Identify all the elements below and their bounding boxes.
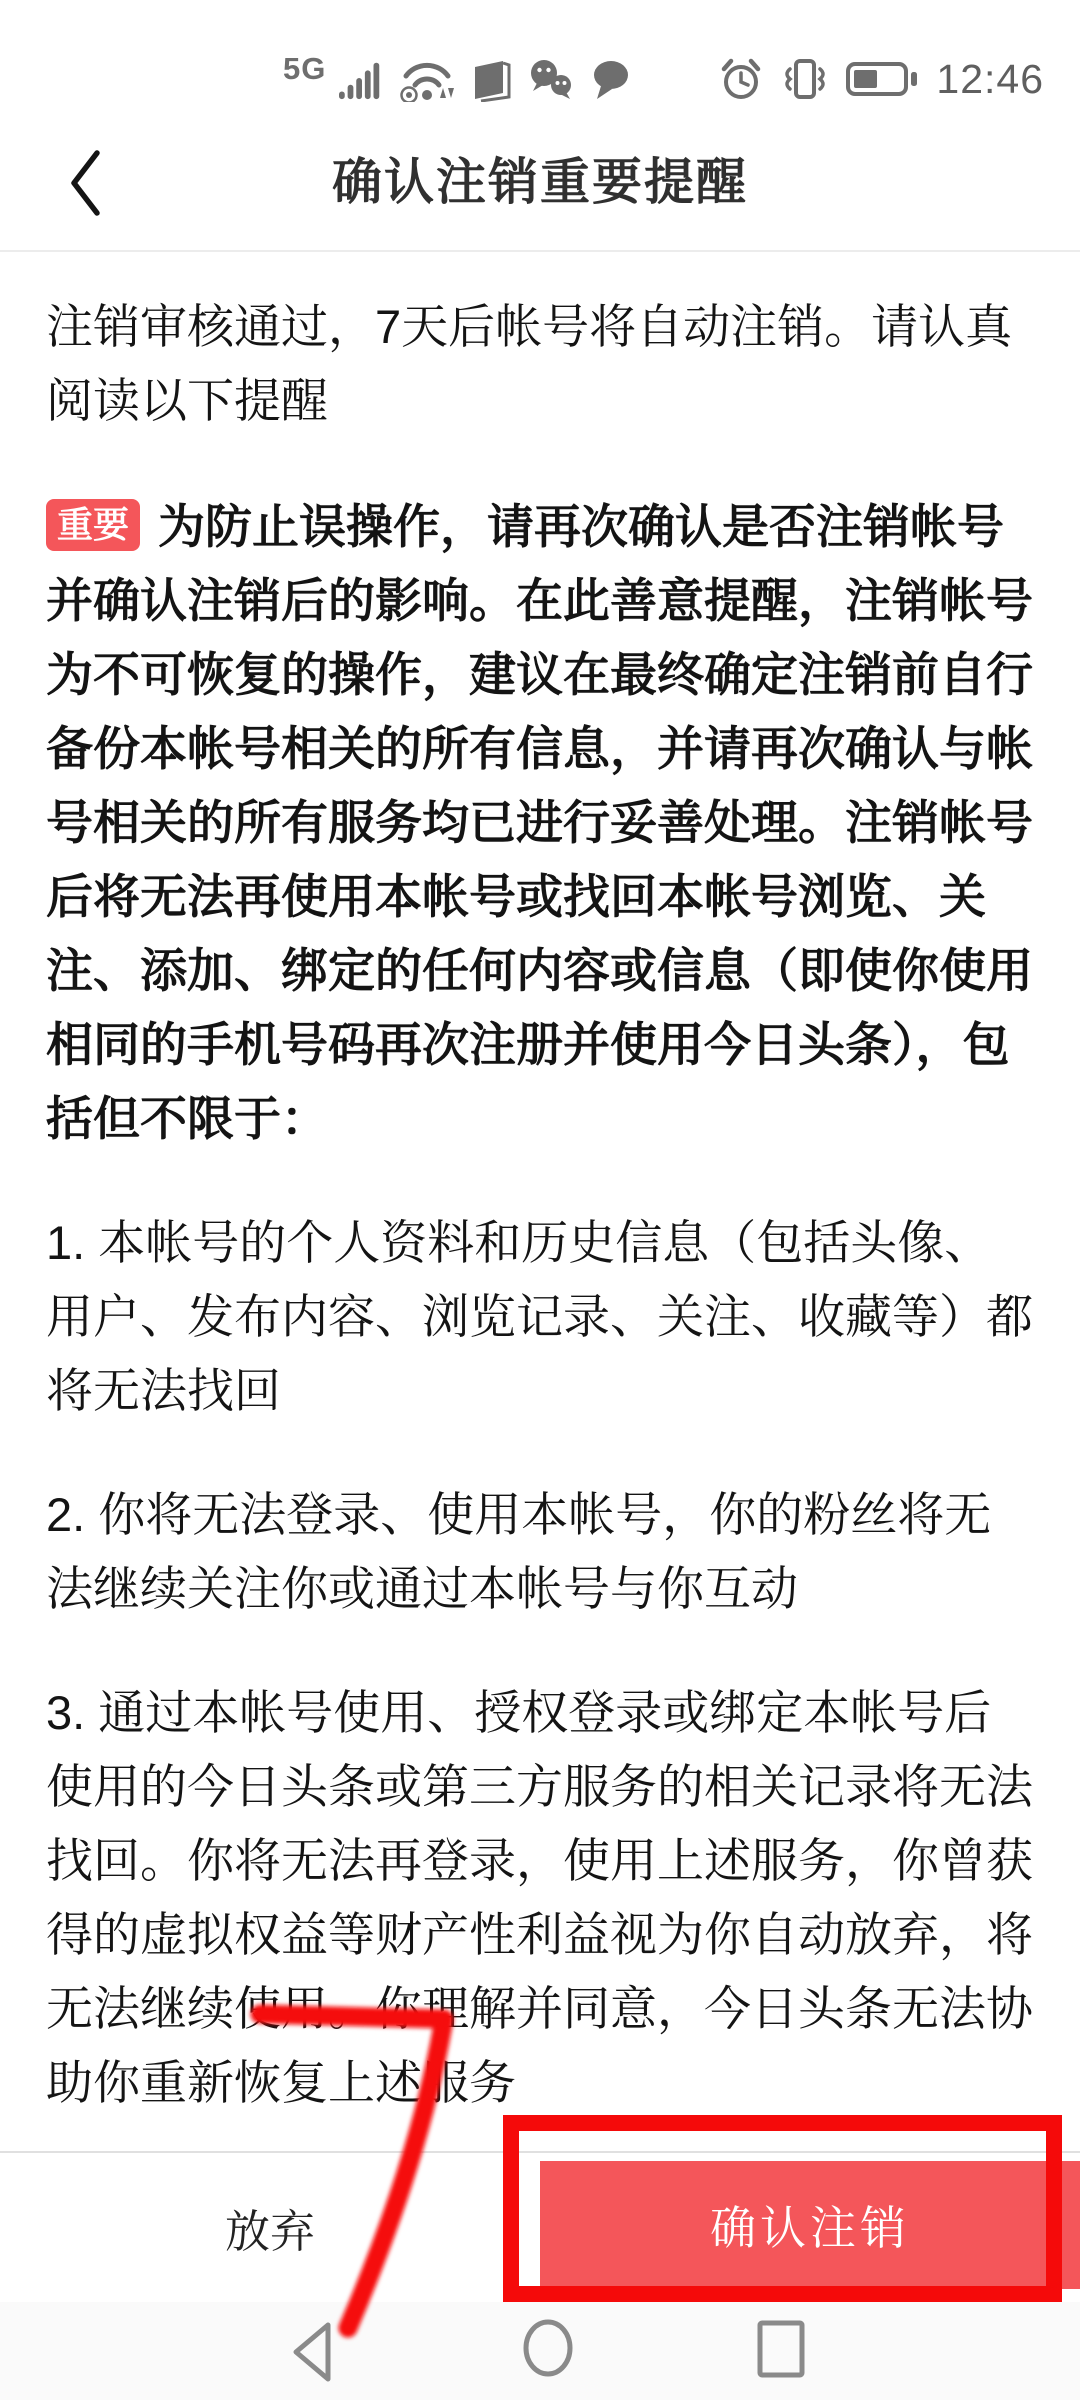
notice-content: 注销审核通过，7天后帐号将自动注销。请认真阅读以下提醒 重要为防止误操作，请再次… [0,254,1080,2120]
clock-time: 12:46 [936,56,1044,103]
warning-paragraph: 重要为防止误操作，请再次确认是否注销帐号并确认注销后的影响。在此善意提醒，注销帐… [46,490,1034,1156]
android-nav-bar [0,2302,1080,2400]
wifi-hotspot-icon [398,56,456,102]
status-right-icons: 12:46 [718,54,1044,104]
confirm-deactivation-button[interactable]: 确认注销 [540,2161,1080,2289]
cancel-button[interactable]: 放弃 [0,2155,540,2300]
status-left-icons: 5G [283,52,633,102]
app-header: 确认注销重要提醒 [0,114,1080,252]
nav-back-button[interactable] [286,2318,340,2389]
nav-home-button[interactable] [519,2315,577,2384]
page-title: 确认注销重要提醒 [0,114,1080,250]
alarm-clock-icon [718,56,764,102]
wechat-icon [528,58,576,102]
back-triangle-icon [286,2318,340,2386]
notice-item-1: 1. 本帐号的个人资料和历史信息（包括头像、用户、发布内容、浏览记录、关注、收藏… [46,1206,1034,1428]
recents-square-icon [755,2318,807,2380]
vibrate-icon [780,56,830,102]
battery-icon [846,59,920,99]
bottom-action-bar: 放弃 确认注销 [0,2151,1080,2302]
important-badge: 重要 [46,499,140,551]
warning-text: 为防止误操作，请再次确认是否注销帐号并确认注销后的影响。在此善意提醒，注销帐号为… [46,500,1033,1145]
chevron-left-icon [65,148,107,218]
home-circle-icon [519,2315,577,2381]
intro-text: 注销审核通过，7天后帐号将自动注销。请认真阅读以下提醒 [46,290,1034,438]
nav-recents-button[interactable] [755,2318,807,2383]
chat-bubble-icon [589,58,633,102]
notice-item-3: 3. 通过本帐号使用、授权登录或绑定本帐号后使用的今日头条或第三方服务的相关记录… [46,1676,1034,2120]
notice-item-2: 2. 你将无法登录、使用本帐号，你的粉丝将无法继续关注你或通过本帐号与你互动 [46,1478,1034,1626]
back-button[interactable] [54,148,118,218]
phone-screen: 5G [0,0,1080,2400]
status-bar: 5G [0,0,1080,114]
network-type-label: 5G [283,53,326,102]
notebook-icon [469,56,515,102]
signal-bars-icon [339,56,385,102]
